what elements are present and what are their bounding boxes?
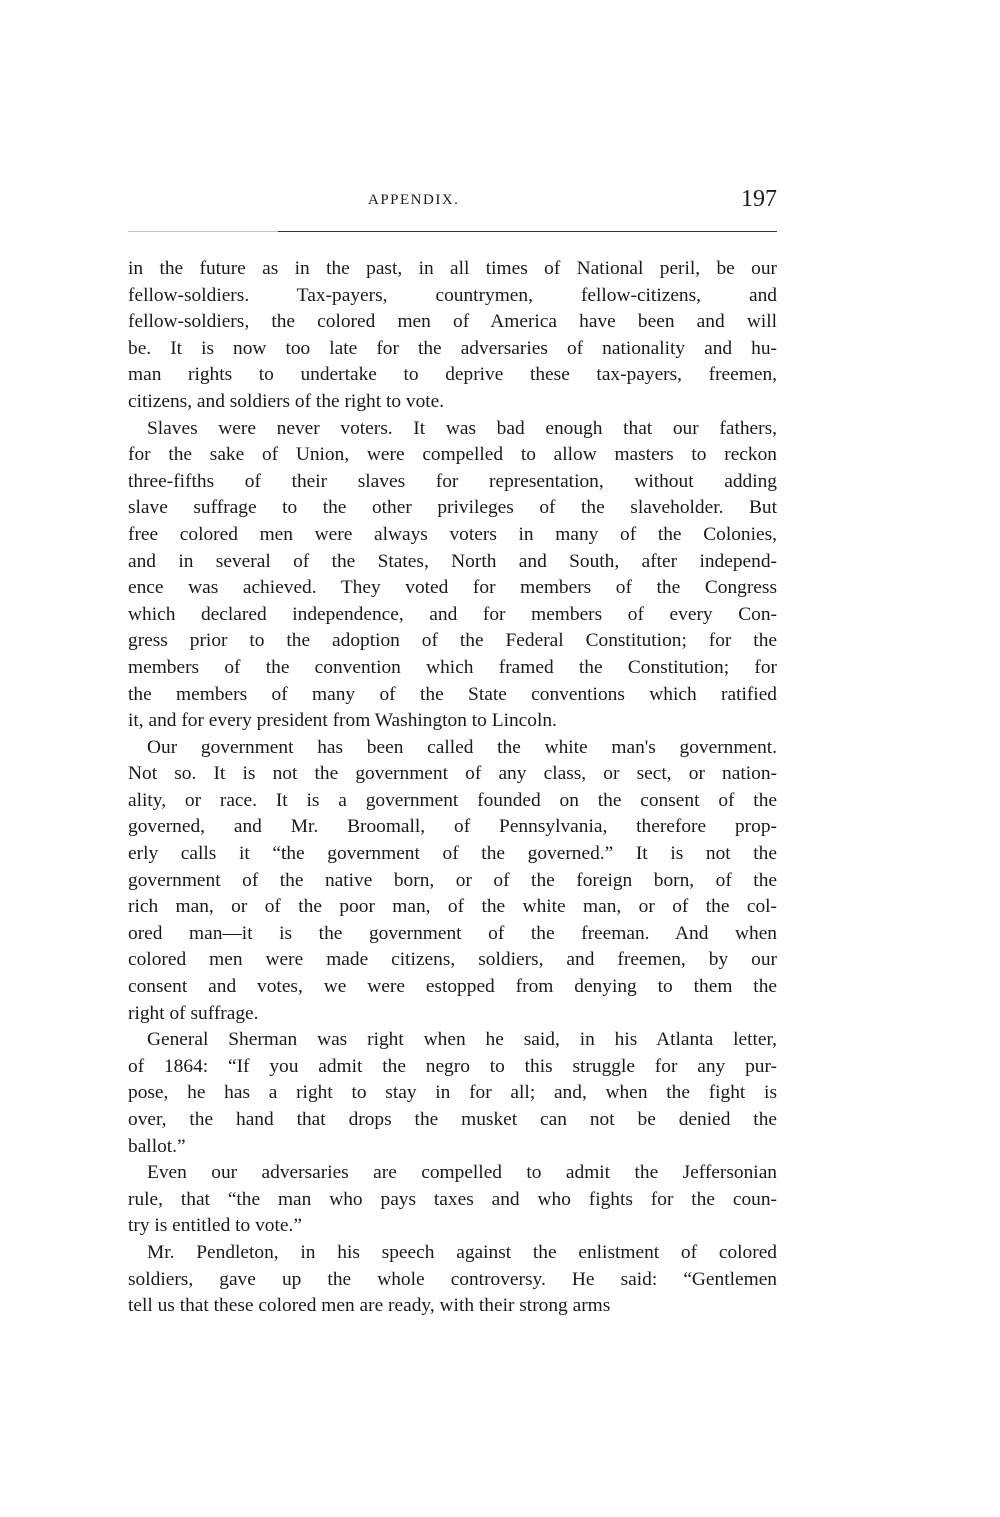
text-line: free colored men were always voters in m… [128,522,777,549]
page-body: in the future as in the past, in all tim… [128,256,777,1320]
paragraph: Mr. Pendleton, in his speech against the… [128,1240,777,1320]
paragraph: General Sherman was right when he said, … [128,1027,777,1160]
text-line: it, and for every president from Washing… [128,708,777,735]
text-line: citizens, and soldiers of the right to v… [128,389,777,416]
text-line: Slaves were never voters. It was bad eno… [128,416,777,443]
text-line: in the future as in the past, in all tim… [128,256,777,283]
text-line: soldiers, gave up the whole controversy.… [128,1267,777,1294]
text-line: Mr. Pendleton, in his speech against the… [128,1240,777,1267]
paragraph: Our government has been called the white… [128,735,777,1028]
page-number: 197 [741,186,777,213]
text-line: try is entitled to vote.” [128,1213,777,1240]
paragraph: in the future as in the past, in all tim… [128,256,777,416]
text-line: and in several of the States, North and … [128,549,777,576]
text-line: tell us that these colored men are ready… [128,1293,777,1320]
running-head: APPENDIX. [368,192,459,209]
text-line: colored men were made citizens, soldiers… [128,947,777,974]
text-line: of 1864: “If you admit the negro to this… [128,1054,777,1081]
paragraph: Slaves were never voters. It was bad eno… [128,416,777,735]
text-line: pose, he has a right to stay in for all;… [128,1080,777,1107]
text-line: ence was achieved. They voted for member… [128,575,777,602]
text-line: the members of many of the State convent… [128,682,777,709]
text-line: right of suffrage. [128,1001,777,1028]
text-line: Even our adversaries are compelled to ad… [128,1160,777,1187]
text-line: ality, or race. It is a government found… [128,788,777,815]
text-line: erly calls it “the government of the gov… [128,841,777,868]
text-line: be. It is now too late for the adversari… [128,336,777,363]
text-line: fellow-soldiers, the colored men of Amer… [128,309,777,336]
text-line: Not so. It is not the government of any … [128,761,777,788]
paragraph: Even our adversaries are compelled to ad… [128,1160,777,1240]
text-line: rule, that “the man who pays taxes and w… [128,1187,777,1214]
text-line: members of the convention which framed t… [128,655,777,682]
text-line: slave suffrage to the other privileges o… [128,495,777,522]
text-line: ored man—it is the government of the fre… [128,921,777,948]
text-line: which declared independence, and for mem… [128,602,777,629]
text-line: consent and votes, we were estopped from… [128,974,777,1001]
text-line: ballot.” [128,1134,777,1161]
text-line: governed, and Mr. Broomall, of Pennsylva… [128,814,777,841]
text-line: fellow-soldiers. Tax-payers, countrymen,… [128,283,777,310]
text-line: gress prior to the adoption of the Feder… [128,628,777,655]
text-line: over, the hand that drops the musket can… [128,1107,777,1134]
text-line: man rights to undertake to deprive these… [128,362,777,389]
text-line: Our government has been called the white… [128,735,777,762]
page-header: APPENDIX. 197 [128,186,777,216]
text-line: General Sherman was right when he said, … [128,1027,777,1054]
text-line: three-fifths of their slaves for represe… [128,469,777,496]
header-rule [128,231,777,232]
text-line: rich man, or of the poor man, of the whi… [128,894,777,921]
text-line: government of the native born, or of the… [128,868,777,895]
text-line: for the sake of Union, were compelled to… [128,442,777,469]
